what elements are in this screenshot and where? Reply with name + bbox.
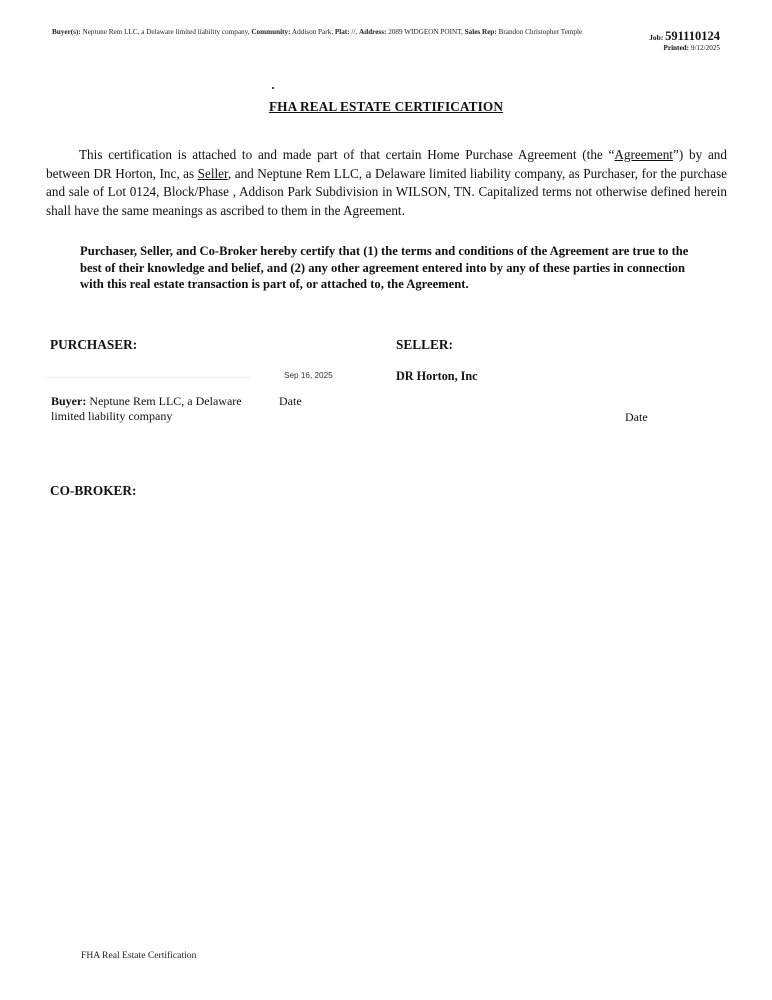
agreement-term: Agreement (614, 147, 673, 162)
address-value: 2089 WIDGEON POINT, (388, 28, 463, 36)
sales-rep-label: Sales Rep: (465, 28, 497, 36)
community-value: Addison Park, (292, 28, 333, 36)
community-label: Community: (251, 28, 290, 36)
sales-rep-value: Brandon Christopher Temple (499, 28, 583, 36)
purchaser-date-label: Date (279, 394, 302, 409)
printed-date: 9/12/2025 (691, 44, 720, 52)
intro-paragraph: This certification is attached to and ma… (46, 146, 727, 220)
seller-date-label: Date (625, 410, 648, 425)
buyer-signatory: Buyer: Neptune Rem LLC, a Delaware limit… (51, 394, 266, 423)
seller-name: DR Horton, Inc (396, 369, 478, 384)
buyers-value: Neptune Rem LLC, a Delaware limited liab… (83, 28, 250, 36)
job-label: Job: (649, 33, 663, 42)
seller-term: Seller (198, 166, 228, 181)
buyer-label: Buyer: (51, 394, 86, 408)
job-line: Job: 591110124 (649, 30, 720, 44)
stray-mark (272, 87, 274, 89)
printed-line: Printed: 9/12/2025 (649, 44, 720, 52)
purchaser-heading: PURCHASER: (50, 337, 137, 353)
purchaser-signature-line[interactable] (46, 377, 251, 378)
intro-part-1: This certification is attached to and ma… (79, 147, 614, 162)
job-number: 591110124 (665, 29, 720, 43)
buyers-label: Buyer(s): (52, 28, 81, 36)
certification-statement: Purchaser, Seller, and Co-Broker hereby … (80, 243, 700, 293)
document-header-info: Buyer(s): Neptune Rem LLC, a Delaware li… (52, 28, 612, 37)
plat-value: //, (351, 28, 357, 36)
job-info: Job: 591110124 Printed: 9/12/2025 (649, 30, 720, 52)
page-footer: FHA Real Estate Certification (81, 950, 196, 961)
plat-label: Plat: (335, 28, 350, 36)
printed-label: Printed: (663, 44, 689, 52)
co-broker-heading: CO-BROKER: (50, 483, 136, 499)
address-label: Address: (359, 28, 386, 36)
purchaser-signed-date: Sep 16, 2025 (284, 371, 333, 380)
document-title: FHA REAL ESTATE CERTIFICATION (0, 99, 772, 115)
seller-heading: SELLER: (396, 337, 453, 353)
